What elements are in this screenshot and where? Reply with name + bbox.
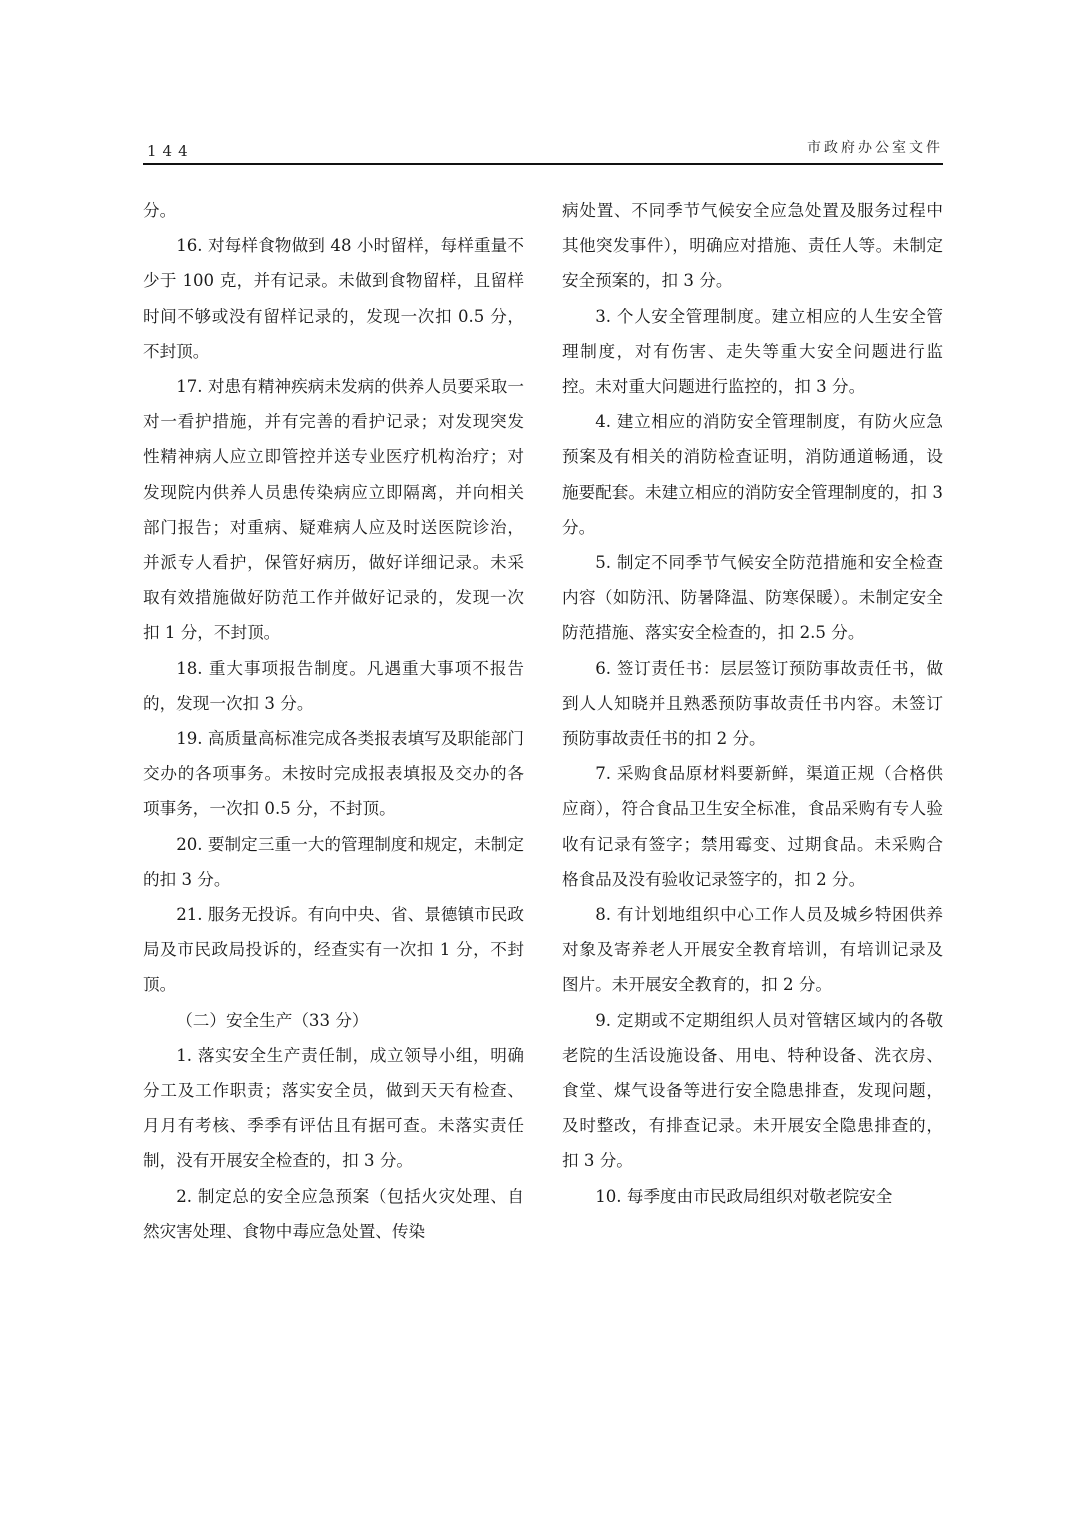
paragraph-item-17: 17. 对患有精神疾病未发病的供养人员要采取一对一看护措施，并有完善的看护记录；… [143,369,524,651]
page-header: 144 市政府办公室文件 [143,135,943,165]
paragraph-safety-1: 1. 落实安全生产责任制，成立领导小组，明确分工及工作职责；落实安全员，做到天天… [143,1038,524,1179]
paragraph-item-19: 19. 高质量高标准完成各类报表填写及职能部门交办的各项事务。未按时完成报表填报… [143,721,524,827]
paragraph-safety-2: 2. 制定总的安全应急预案（包括火灾处理、自然灾害处理、食物中毒应急处置、传染 [143,1179,524,1249]
paragraph-safety-7: 7. 采购食品原材料要新鲜，渠道正规（合格供应商），符合食品卫生安全标准，食品采… [562,756,943,897]
paragraph-item-16: 16. 对每样食物做到 48 小时留样，每样重量不少于 100 克，并有记录。未… [143,228,524,369]
paragraph-safety-5: 5. 制定不同季节气候安全防范措施和安全检查内容（如防汛、防暑降温、防寒保暖）。… [562,545,943,651]
section-heading-safety: （二）安全生产（33 分） [143,1003,524,1038]
paragraph-item-20: 20. 要制定三重一大的管理制度和规定，未制定的扣 3 分。 [143,827,524,897]
document-title: 市政府办公室文件 [807,137,943,157]
paragraph-safety-9: 9. 定期或不定期组织人员对管辖区域内的各敬老院的生活设施设备、用电、特种设备、… [562,1003,943,1179]
paragraph-safety-10: 10. 每季度由市民政局组织对敬老院安全 [562,1179,943,1214]
paragraph-item-18: 18. 重大事项报告制度。凡遇重大事项不报告的，发现一次扣 3 分。 [143,651,524,721]
left-column: 分。 16. 对每样食物做到 48 小时留样，每样重量不少于 100 克，并有记… [143,193,524,1249]
paragraph-safety-6: 6. 签订责任书：层层签订预防事故责任书，做到人人知晓并且熟悉预防事故责任书内容… [562,651,943,757]
paragraph: 分。 [143,193,524,228]
header-rule [143,163,943,165]
paragraph-safety-2-cont: 病处置、不同季节气候安全应急处置及服务过程中其他突发事件），明确应对措施、责任人… [562,193,943,299]
page-number: 144 [147,142,194,160]
paragraph-item-21: 21. 服务无投诉。有向中央、省、景德镇市民政局及市民政局投诉的，经查实有一次扣… [143,897,524,1003]
right-column: 病处置、不同季节气候安全应急处置及服务过程中其他突发事件），明确应对措施、责任人… [562,193,943,1214]
paragraph-safety-3: 3. 个人安全管理制度。建立相应的人生安全管理制度，对有伤害、走失等重大安全问题… [562,299,943,405]
paragraph-safety-8: 8. 有计划地组织中心工作人员及城乡特困供养对象及寄养老人开展安全教育培训，有培… [562,897,943,1003]
paragraph-safety-4: 4. 建立相应的消防安全管理制度，有防火应急预案及有相关的消防检查证明，消防通道… [562,404,943,545]
